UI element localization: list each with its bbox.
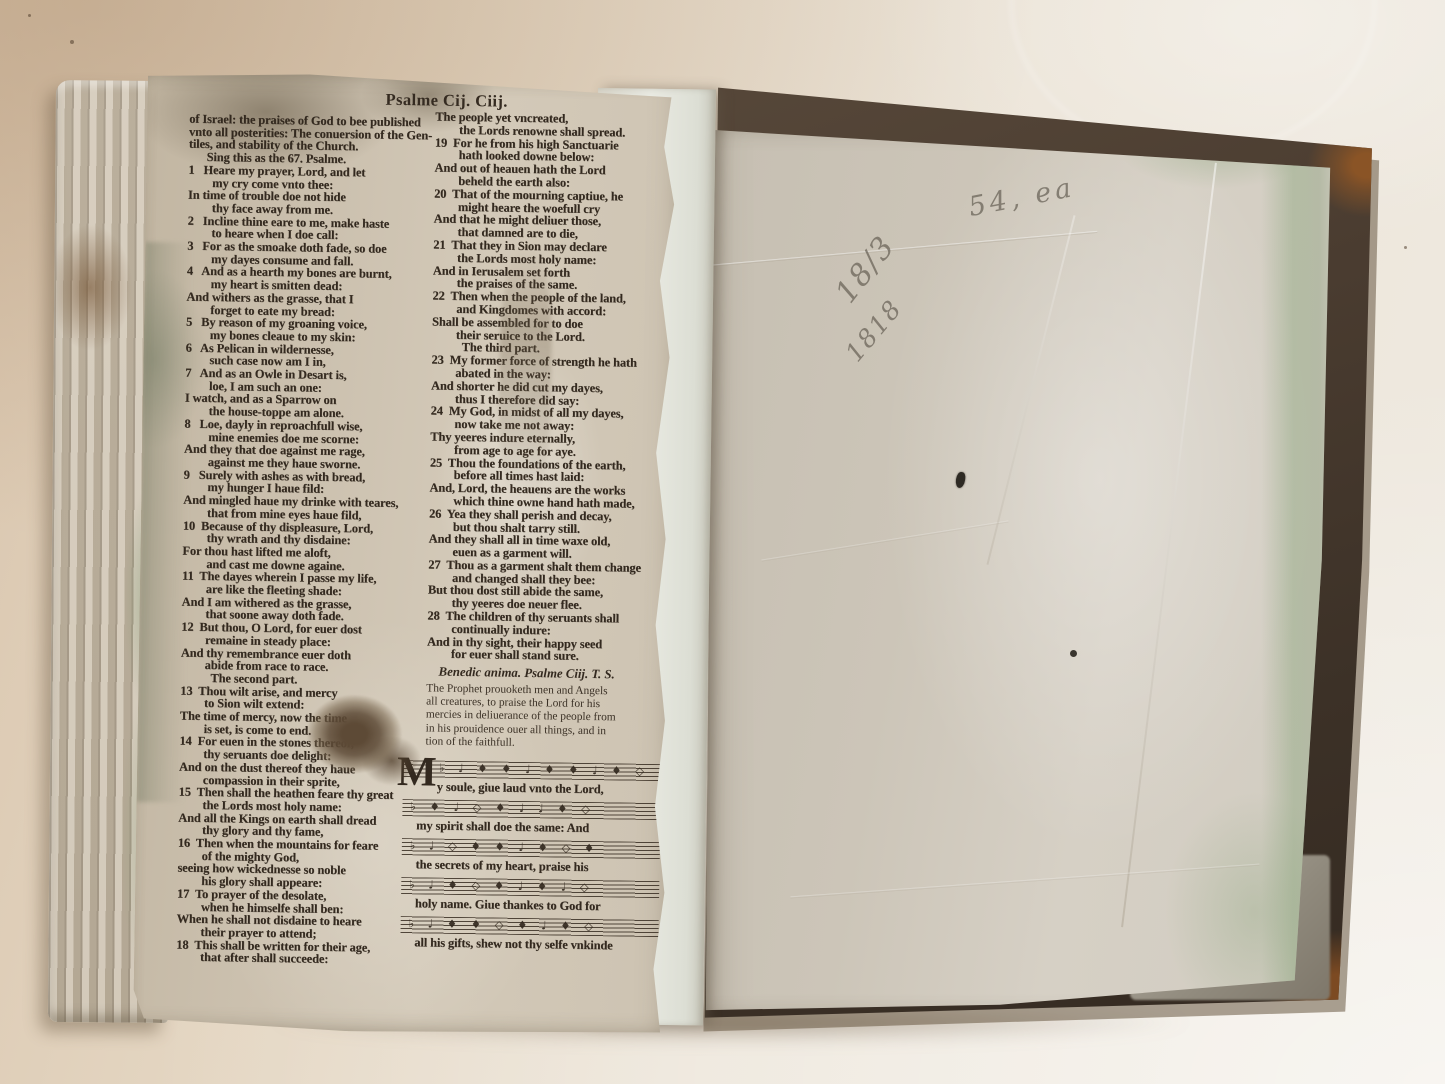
ink-blot [955, 471, 966, 488]
dust-speck [70, 40, 74, 44]
page-margin-stain [137, 242, 194, 803]
music-notes: ♭ ♦ ♩ ◇ ♦ ♩ ♩ ♦ ◇ [402, 799, 660, 818]
music-notation-block: M ♭ ♩ ♦ ♦ ♩ ♦ ♦ ♩ ♦ ◇ y soule, giue laud… [400, 754, 661, 953]
paper-crease [791, 864, 1260, 899]
dust-speck [1404, 246, 1407, 249]
ink-speck [1070, 650, 1077, 657]
paper-crease [707, 231, 1098, 267]
music-lyric-line: the secrets of my heart, praise his [415, 857, 659, 875]
page-damage-stain [497, 248, 553, 509]
music-staff: ♭ ♩ ♦ ♦ ◇ ♦ ♩ ♦ ◇ [401, 916, 659, 937]
psalm-103-argument: The Prophet prouoketh men and Angels all… [425, 682, 676, 752]
music-lyric-line: my spirit shall doe the same: And [416, 818, 660, 836]
pencil-inscription: 54, ea [966, 172, 1078, 223]
music-notes: ♭ ♩ ♦ ♦ ♩ ♦ ♦ ♩ ♦ ◇ [403, 760, 661, 779]
paper-crease [761, 520, 1008, 561]
psalm-text-column-right: The people yet vncreated, the Lords reno… [427, 111, 682, 665]
back-pastedown-page: 54, ea 18/3 1818 [700, 120, 1345, 1020]
music-staff: ♭ ♦ ♩ ◇ ♦ ♩ ♩ ♦ ◇ [402, 799, 660, 820]
music-notes: ♭ ♩ ♦ ♦ ◇ ♦ ♩ ♦ ◇ [401, 916, 659, 935]
printed-psalm-page: Psalme Cij. Ciij. of Israel: the praises… [133, 72, 688, 1036]
music-notes: ♭ ♩ ◇ ♦ ♦ ♩ ♦ ◇ ♦ [402, 838, 660, 857]
running-header: Psalme Cij. Ciij. [385, 90, 508, 112]
music-lyric-line: all his gifts, shew not thy selfe vnkind… [414, 935, 658, 953]
music-lyric-line: holy name. Giue thankes to God for [415, 896, 659, 914]
music-staff: ♭ ♩ ♦ ◇ ♦ ♩ ♦ ♩ ◇ [401, 877, 659, 898]
dust-speck [28, 14, 31, 17]
paper-crease [1121, 163, 1217, 928]
music-staff: ♭ ♩ ◇ ♦ ♦ ♩ ♦ ◇ ♦ [402, 838, 660, 859]
paper-crease [986, 215, 1075, 565]
psalm-103-heading: Benedic anima. Psalme Ciij. T. S. [438, 665, 674, 684]
music-lyric-line: y soule, giue laud vnto the Lord, [437, 780, 661, 798]
music-notes: ♭ ♩ ♦ ◇ ♦ ♩ ♦ ♩ ◇ [401, 877, 659, 896]
music-staff: ♭ ♩ ♦ ♦ ♩ ♦ ♦ ♩ ♦ ◇ [403, 760, 661, 781]
